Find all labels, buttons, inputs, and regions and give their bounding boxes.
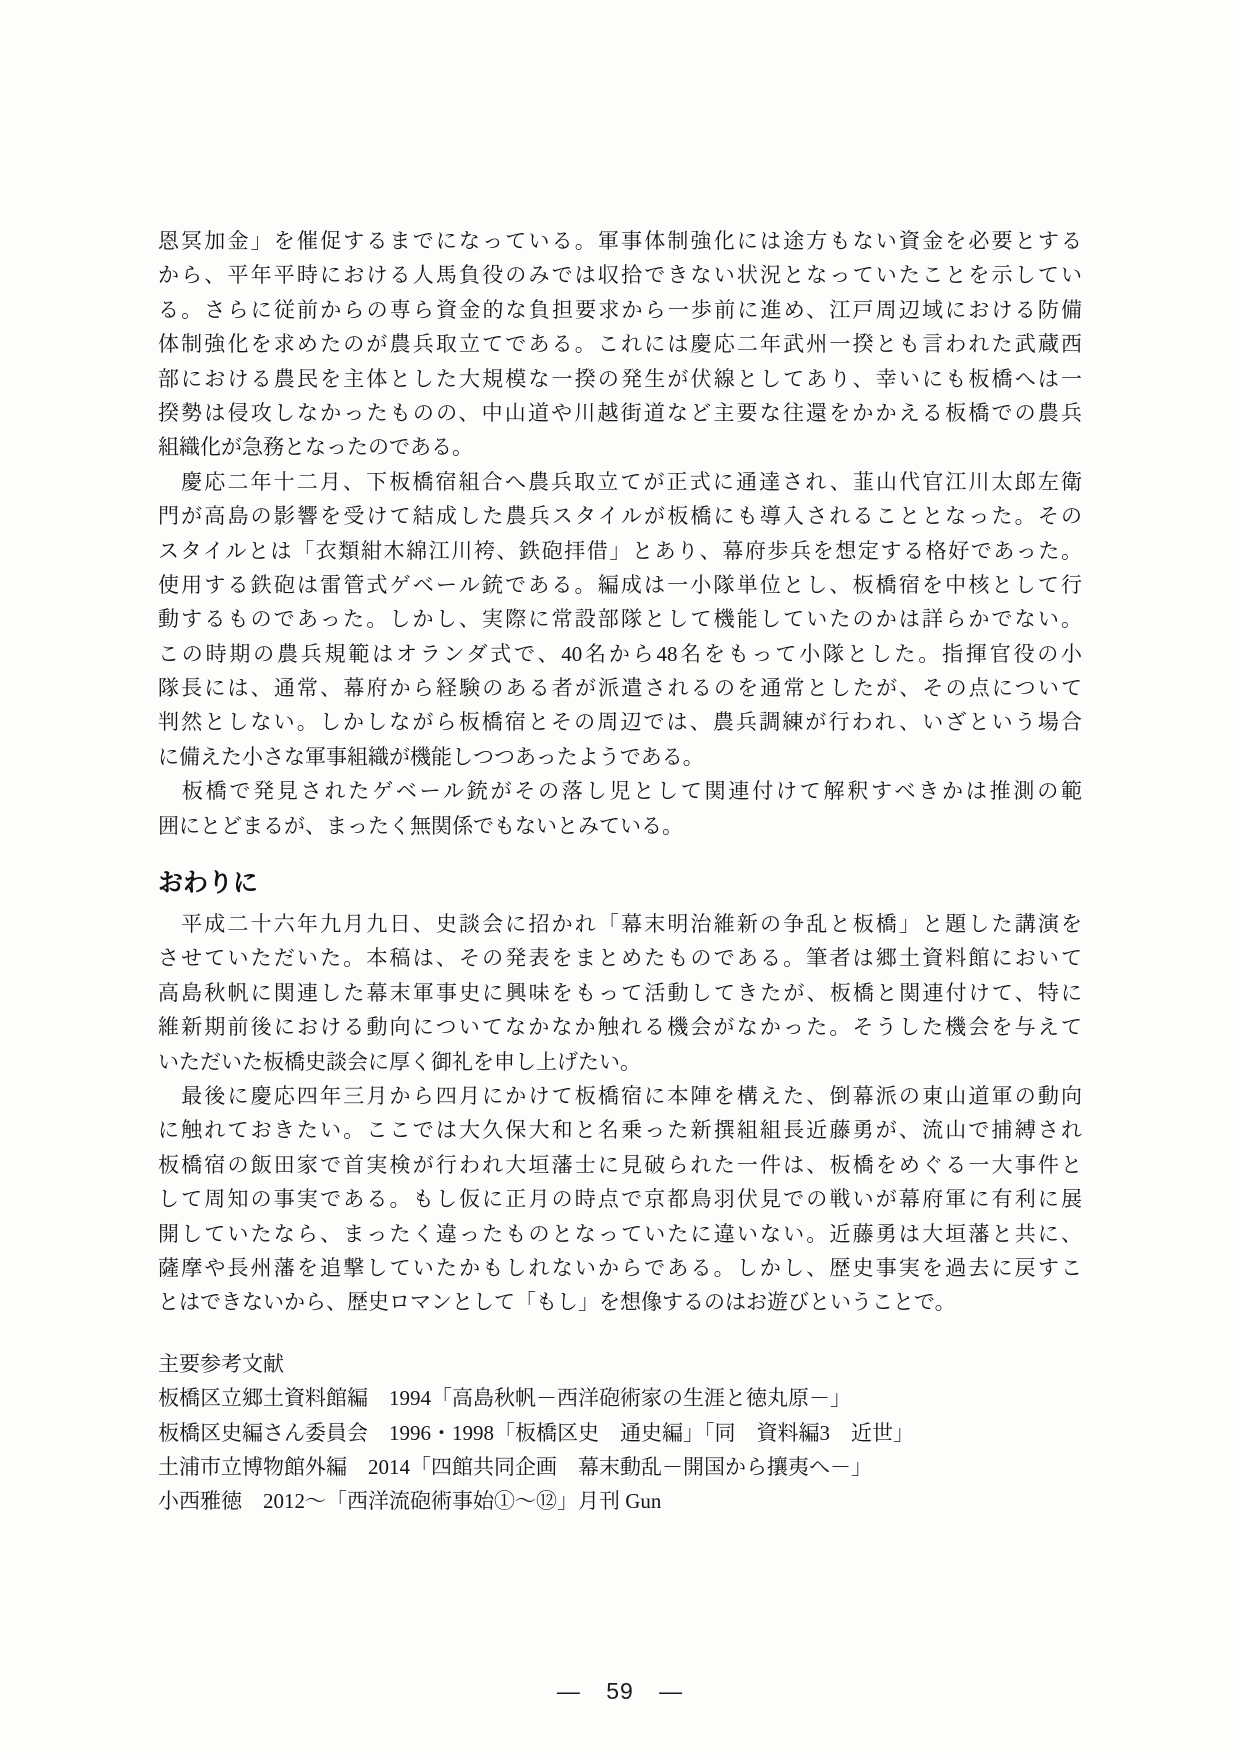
text-line: 動するものであった。しかし、実際に常設部隊として機能していたのかは詳らかでない。 <box>158 602 1082 636</box>
text-line: 最後に慶応四年三月から四月にかけて板橋宿に本陣を構えた、倒幕派の東山道軍の動向 <box>158 1079 1082 1113</box>
text-line: 組織化が急務となったのである。 <box>158 430 1082 464</box>
page-text-column: 恩冥加金」を催促するまでになっている。軍事体制強化には途方もない資金を必要とする… <box>158 224 1082 1519</box>
text-line: 慶応二年十二月、下板橋宿組合へ農兵取立てが正式に通達され、韮山代官江川太郎左衛 <box>158 465 1082 499</box>
text-line: 判然としない。しかしながら板橋宿とその周辺では、農兵調練が行われ、いざという場合 <box>158 705 1082 739</box>
text-line: 揆勢は侵攻しなかったものの、中山道や川越街道など主要な往還をかかえる板橋での農兵 <box>158 396 1082 430</box>
text-line: る。さらに従前からの専ら資金的な負担要求から一歩前に進め、江戸周辺域における防備 <box>158 293 1082 327</box>
references-section: 主要参考文献 板橋区立郷土資料館編 1994「高島秋帆－西洋砲術家の生涯と徳丸原… <box>158 1347 1082 1519</box>
text-line: 板橋区史編さん委員会 1996・1998「板橋区史 通史編」「同 資料編3 近世… <box>158 1416 1082 1450</box>
text-line: スタイルとは「衣類紺木綿江川袴、鉄砲拝借」とあり、幕府歩兵を想定する格好であった… <box>158 534 1082 568</box>
text-line: 隊長には、通常、幕府から経験のある者が派遣されるのを通常としたが、その点について <box>158 671 1082 705</box>
text-line: 体制強化を求めたのが農兵取立てである。これには慶応二年武州一揆とも言われた武蔵西 <box>158 327 1082 361</box>
text-line: 板橋区立郷土資料館編 1994「高島秋帆－西洋砲術家の生涯と徳丸原－」 <box>158 1381 1082 1415</box>
text-line: 土浦市立博物館外編 2014「四館共同企画 幕末動乱－開国から攘夷へ－」 <box>158 1450 1082 1484</box>
body-section-1: 恩冥加金」を催促するまでになっている。軍事体制強化には途方もない資金を必要とする… <box>158 224 1082 843</box>
text-line: この時期の農兵規範はオランダ式で、40名から48名をもって小隊とした。指揮官役の… <box>158 637 1082 671</box>
text-line: させていただいた。本稿は、その発表をまとめたものである。筆者は郷土資料館において <box>158 941 1082 975</box>
text-line: 小西雅徳 2012～「西洋流砲術事始①～⑫」月刊 Gun <box>158 1484 1082 1518</box>
text-line: から、平年平時における人馬負役のみでは収拾できない状況となっていたことを示してい <box>158 258 1082 292</box>
text-line: 高島秋帆に関連した幕末軍事史に興味をもって活動してきたが、板橋と関連付けて、特に <box>158 976 1082 1010</box>
text-line: 維新期前後における動向についてなかなか触れる機会がなかった。そうした機会を与えて <box>158 1010 1082 1044</box>
text-line: 門が高島の影響を受けて結成した農兵スタイルが板橋にも導入されることとなった。その <box>158 499 1082 533</box>
text-line: とはできないから、歴史ロマンとして「もし」を想像するのはお遊びということで。 <box>158 1285 1082 1319</box>
page-number: ― 59 ― <box>0 1678 1240 1705</box>
text-line: して周知の事実である。もし仮に正月の時点で京都鳥羽伏見での戦いが幕府軍に有利に展 <box>158 1182 1082 1216</box>
text-line: 薩摩や長州藩を追撃していたかもしれないからである。しかし、歴史事実を過去に戻すこ <box>158 1251 1082 1285</box>
text-line: 恩冥加金」を催促するまでになっている。軍事体制強化には途方もない資金を必要とする <box>158 224 1082 258</box>
text-line: いただいた板橋史談会に厚く御礼を申し上げたい。 <box>158 1045 1082 1079</box>
text-line: 板橋宿の飯田家で首実検が行われ大垣藩士に見破られた一件は、板橋をめぐる一大事件と <box>158 1148 1082 1182</box>
text-line: に触れておきたい。ここでは大久保大和と名乗った新撰組組長近藤勇が、流山で捕縛され <box>158 1113 1082 1147</box>
references-list: 板橋区立郷土資料館編 1994「高島秋帆－西洋砲術家の生涯と徳丸原－」板橋区史編… <box>158 1381 1082 1519</box>
text-line: 開していたなら、まったく違ったものとなっていたに違いない。近藤勇は大垣藩と共に、 <box>158 1217 1082 1251</box>
text-line: 部における農民を主体とした大規模な一揆の発生が伏線としてあり、幸いにも板橋へは一 <box>158 362 1082 396</box>
text-line: 平成二十六年九月九日、史談会に招かれ「幕末明治維新の争乱と板橋」と題した講演を <box>158 907 1082 941</box>
references-heading: 主要参考文献 <box>158 1347 1082 1381</box>
text-line: に備えた小さな軍事組織が機能しつつあったようである。 <box>158 740 1082 774</box>
text-line: 板橋で発見されたゲベール銃がその落し児として関連付けて解釈すべきかは推測の範 <box>158 774 1082 808</box>
text-line: 囲にとどまるが、まったく無関係でもないとみている。 <box>158 809 1082 843</box>
body-section-2: 平成二十六年九月九日、史談会に招かれ「幕末明治維新の争乱と板橋」と題した講演をさ… <box>158 907 1082 1320</box>
document-page: 恩冥加金」を催促するまでになっている。軍事体制強化には途方もない資金を必要とする… <box>0 0 1240 1754</box>
text-line: 使用する鉄砲は雷管式ゲベール銃である。編成は一小隊単位とし、板橋宿を中核として行 <box>158 568 1082 602</box>
section-heading-conclusion: おわりに <box>158 865 1082 901</box>
